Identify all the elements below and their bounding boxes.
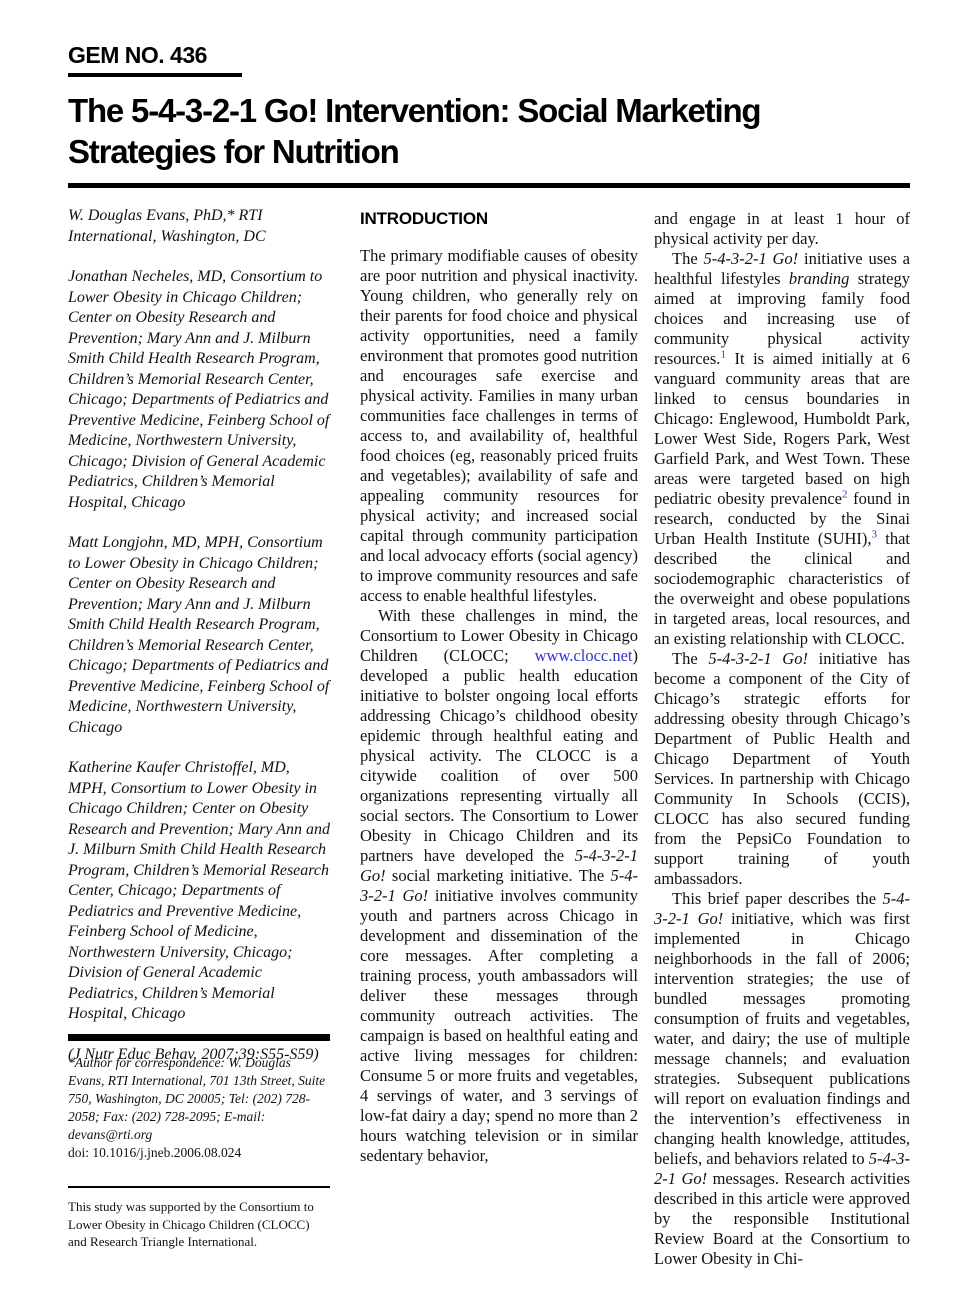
text-run: social marketing initiative. The	[386, 866, 611, 885]
article-title-line-1: The 5-4-3-2-1 Go! Intervention: Social M…	[68, 90, 910, 131]
author-block-christoffel: Katherine Kaufer Christoffel, MD, MPH, C…	[68, 758, 330, 1025]
italic-run: 5-4-3-2-1 Go!	[703, 249, 798, 268]
body-paragraph: The 5-4-3-2-1 Go! initiative has become …	[654, 649, 910, 889]
clocc-net-link[interactable]: www.clocc.net	[535, 646, 633, 665]
body-paragraph: This brief paper describes the 5-4-3-2-1…	[654, 889, 910, 1269]
gem-number-label: GEM NO. 436	[68, 42, 910, 69]
three-column-layout: W. Douglas Evans, PhD,* RTI Internationa…	[68, 206, 910, 1269]
text-run: and engage in at least 1 hour of physica…	[654, 209, 910, 248]
text-run: initiative has become a component of the…	[654, 649, 910, 888]
correspondence-note: *Author for correspondence: W. Douglas E…	[68, 1054, 330, 1144]
introduction-heading: INTRODUCTION	[360, 209, 638, 229]
author-block-longjohn: Matt Longjohn, MD, MPH, Consortium to Lo…	[68, 533, 330, 738]
gem-underline-rule	[68, 73, 242, 77]
text-run: ) developed a public health education in…	[360, 646, 638, 865]
text-run: It is aimed initially at 6 vanguard comm…	[654, 349, 910, 508]
continuation-column: and engage in at least 1 hour of physica…	[654, 206, 910, 1269]
support-note: This study was supported by the Consorti…	[68, 1198, 330, 1251]
footnote-divider-bar	[68, 1034, 330, 1041]
introduction-column: INTRODUCTION The primary modifiable caus…	[360, 206, 638, 1269]
article-title-line-2: Strategies for Nutrition	[68, 131, 910, 172]
article-title: The 5-4-3-2-1 Go! Intervention: Social M…	[68, 90, 910, 172]
author-area: W. Douglas Evans, PhD,* RTI Internationa…	[68, 206, 330, 1034]
author-block-necheles: Jonathan Necheles, MD, Consortium to Low…	[68, 267, 330, 513]
text-run: initiative involves community youth and …	[360, 886, 638, 1165]
introduction-text-column-2: and engage in at least 1 hour of physica…	[654, 209, 910, 1269]
body-paragraph: and engage in at least 1 hour of physica…	[654, 209, 910, 249]
body-paragraph: The primary modifiable causes of obesity…	[360, 246, 638, 606]
body-paragraph: The 5-4-3-2-1 Go! initiative uses a heal…	[654, 249, 910, 649]
text-run: This brief paper describes the	[672, 889, 883, 908]
author-block-evans: W. Douglas Evans, PhD,* RTI Internationa…	[68, 206, 330, 247]
text-run: initiative, which was first implemented …	[654, 909, 910, 1168]
title-divider-rule	[68, 183, 910, 188]
support-divider-rule	[68, 1186, 330, 1188]
text-run: The	[672, 649, 708, 668]
author-affiliations-column: W. Douglas Evans, PhD,* RTI Internationa…	[68, 206, 330, 1269]
journal-article-page: GEM NO. 436 The 5-4-3-2-1 Go! Interventi…	[0, 0, 975, 1305]
text-run: The primary modifiable causes of obesity…	[360, 246, 638, 605]
doi-line: doi: 10.1016/j.jneb.2006.08.024	[68, 1144, 330, 1162]
text-run: The	[672, 249, 703, 268]
introduction-text-column-1: The primary modifiable causes of obesity…	[360, 246, 638, 1166]
body-paragraph: With these challenges in mind, the Conso…	[360, 606, 638, 1166]
italic-run: branding	[789, 269, 850, 288]
italic-run: 5-4-3-2-1 Go!	[708, 649, 808, 668]
